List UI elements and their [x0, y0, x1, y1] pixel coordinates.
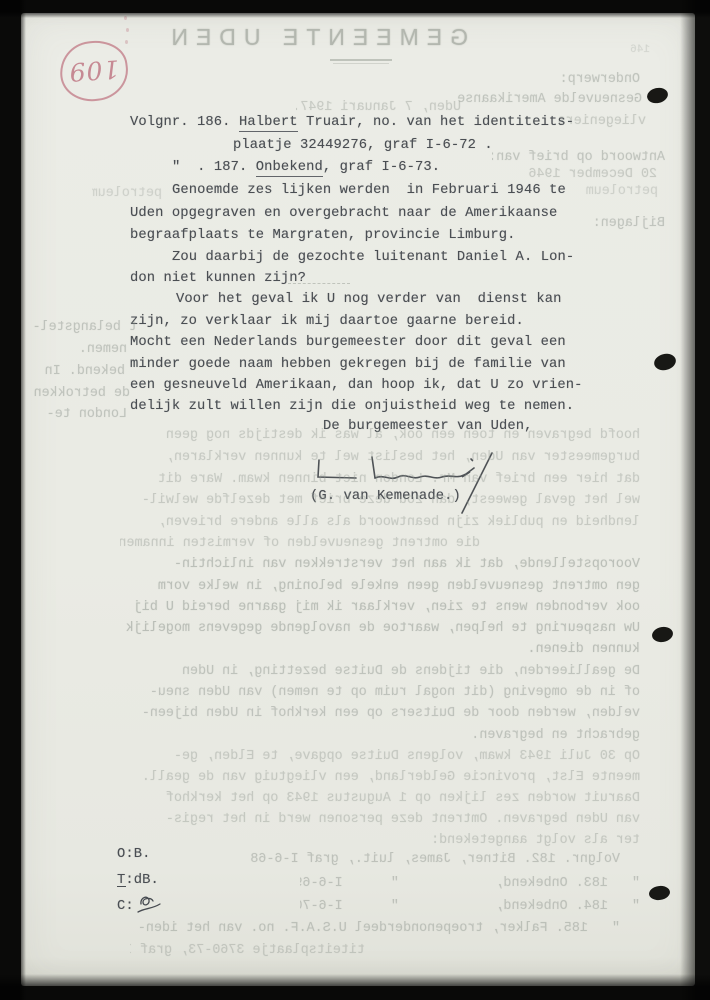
scanned-letter-page: GEMEENTE UDEN 146 109 Uden, 7 Januari 19… — [0, 0, 710, 1000]
letter-line: Uden opgegraven en overgebracht naar de … — [130, 205, 557, 222]
bleed-line: die omtrent gesneuvelden of vermisten in… — [120, 536, 480, 552]
paraph-initial — [136, 893, 164, 917]
bleed-line: Vooropstellende, dat ik aan het verstrek… — [24, 557, 640, 573]
bleed-line: titeitsplaatje 3760-73, graf I-6-71. — [130, 943, 365, 959]
letter-line: Genoemde zes lijken werden in Februari 1… — [172, 182, 566, 199]
bleed-line: meente Elst, provincie Gelderland, een v… — [24, 770, 640, 786]
bleed-line: dat hier een brief van Mr. London niet b… — [24, 472, 640, 488]
letterhead-bleed-title: GEMEENTE UDEN — [228, 24, 468, 51]
bleed-fragment: nemen. — [55, 342, 127, 358]
bleed-line: kunnen dienen. — [505, 642, 640, 658]
bleed-fragment: petroleum — [92, 186, 162, 202]
letter-line: een gesneuveld Amerikaan, dan hoop ik, d… — [130, 377, 583, 394]
bleed-line: De geallieerden, die tijdens de Duitse b… — [40, 664, 640, 680]
bleed-line: hoofd begraven en toen een ook, al was i… — [24, 428, 640, 444]
bleed-line: " 184. Onbekend, " I-6-70 — [300, 899, 640, 915]
letter-line: Mocht een Nederlands burgemeester door d… — [130, 334, 566, 351]
letter-line: Zou daarbij de gezochte luitenant Daniel… — [172, 249, 574, 266]
annotation-c: C: — [117, 898, 134, 915]
stamp-number: 109 — [61, 54, 127, 87]
red-pencil-dot — [126, 28, 129, 32]
bleed-line: Uw naspeuring te helpen, waartoe de navo… — [24, 621, 640, 637]
bleed-line: gebracht en begraven. — [440, 728, 640, 744]
bleed-label-onderwerp: Onderwerp: — [560, 72, 640, 88]
bleed-line: Volgnr. 182. Bitner, James, luit., graf … — [120, 852, 620, 868]
bleed-line: of in de omgeving (dit nogal ruim op te … — [24, 685, 640, 701]
bleed-smudge — [288, 283, 350, 284]
bleed-line: ter als volgt aangetekend: — [380, 833, 640, 849]
red-pencil-dot — [124, 16, 127, 20]
annotation-underline — [117, 886, 126, 887]
letter-line: don niet kunnen zijn? — [130, 270, 306, 287]
underlined-name: Onbekend — [256, 160, 323, 177]
letterhead-rule-2 — [333, 63, 389, 64]
letter-line-186b: plaatje 32449276, graf I-6-72 . — [233, 137, 493, 154]
bleed-line: ook verbonden wens te zien, verklaar ik … — [24, 600, 640, 616]
bleed-line: burgemeester van Uden, het beslist wel t… — [24, 450, 640, 466]
bleed-line: " 185. Falker, troepenonderdeel U.S.A.F.… — [28, 921, 620, 937]
bleed-line: lendheid en publiek zijn beantwoord als … — [24, 515, 640, 531]
letter-line: Voor het geval ik U nog verder van diens… — [176, 291, 561, 308]
letter-line: begraafplaats te Margraten, provincie Li… — [130, 227, 515, 244]
bleed-fragment: London te- — [27, 407, 127, 423]
underlined-name: Halbert — [239, 115, 298, 132]
letter-line-186: Volgnr. 186. Halbert Truair, no. van het… — [130, 114, 574, 131]
bleed-line: Op 30 Juli 1943 kwam, volgens Duitse opg… — [40, 749, 640, 765]
bleed-line: Daaruit worden zes lijken op 1 Augustus … — [24, 791, 640, 807]
letter-line: zijn, zo verklaar ik mij daartoe gaarne … — [130, 313, 524, 330]
bleed-line: " 183. Onbekend, " I-6-69 — [300, 876, 640, 892]
bleed-line: velden, werden door de Duitsers op een k… — [24, 706, 640, 722]
letterhead-rule — [330, 59, 392, 61]
bleed-fragment: bekend. In — [25, 364, 125, 380]
bleed-brief-datum: 20 December 1946 — [527, 167, 657, 183]
bleed-label-antwoord: Antwoord op brief van: — [492, 150, 665, 166]
bleed-fragment: t belangstel- — [25, 320, 137, 336]
bleed-page-number: 146 — [618, 44, 650, 57]
bleed-fragment: de betrokken — [25, 386, 130, 402]
red-pencil-dot — [125, 40, 128, 44]
letter-line: delijk zult willen zijn die onjuistheid … — [130, 398, 574, 415]
bleed-line: van Uden begraven. Omtrent deze personen… — [24, 812, 640, 828]
bleed-subject-line1: Gesneuvelde Amerikaanse — [430, 92, 642, 108]
annotation-ob: O:B. — [117, 846, 151, 863]
bleed-line: gen omtrent gesneuvelden geen enkele bel… — [24, 579, 640, 595]
bleed-line: wel het geval geweest, dan zou deze brie… — [24, 493, 640, 509]
bleed-fragment: petroleum — [580, 184, 658, 200]
letter-line-187: " . 187. Onbekend, graf I-6-73. — [172, 159, 440, 176]
letter-line: minder goede naam hebben gekregen bij de… — [130, 356, 566, 373]
bleed-label-bijlagen: Bijlagen: — [592, 216, 665, 232]
